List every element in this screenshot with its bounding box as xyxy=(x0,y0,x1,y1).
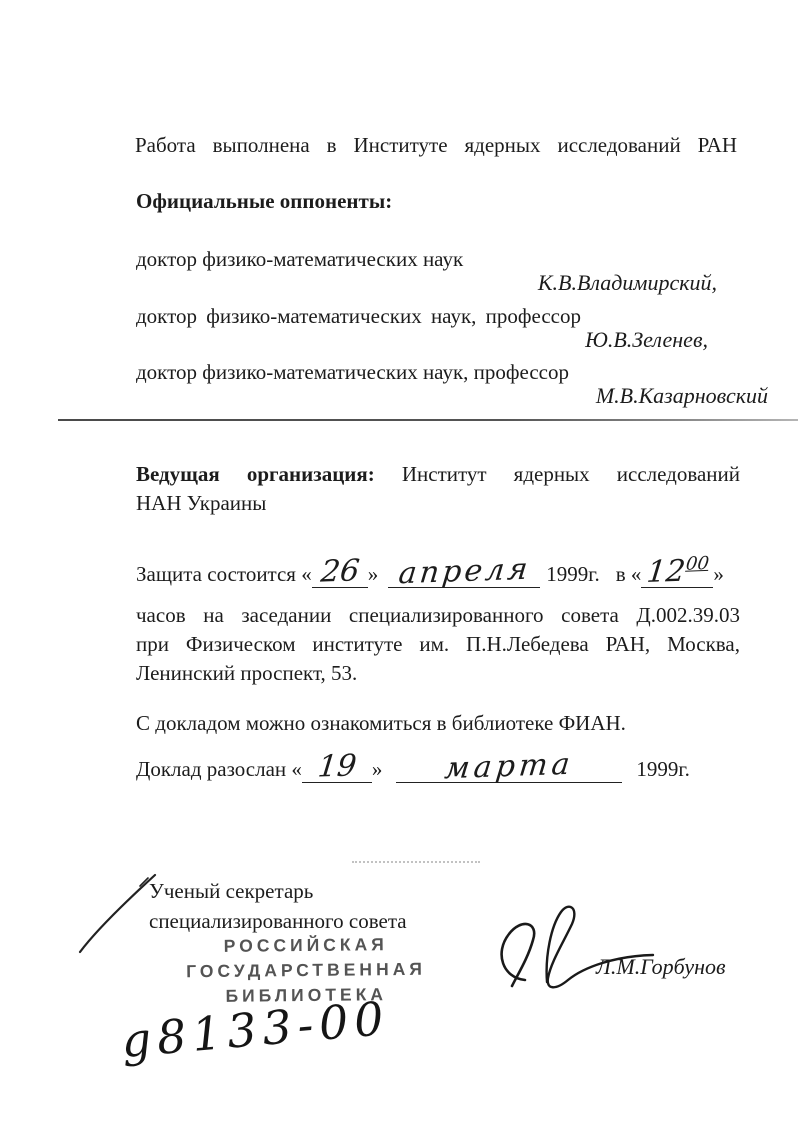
section-divider xyxy=(58,419,798,421)
quote-close: » xyxy=(372,757,383,782)
sent-prefix: Доклад разослан « xyxy=(136,757,302,782)
handwritten-month: апреля xyxy=(397,560,531,585)
handwritten-sent-month: марта xyxy=(444,755,575,779)
quote-close: » xyxy=(368,562,379,587)
defense-prefix: Защита состоится « xyxy=(136,562,312,587)
opponent-degree: доктор физико-математических наук, профе… xyxy=(136,358,569,387)
handwritten-time: 1200 xyxy=(646,559,710,583)
scan-artifact-dots xyxy=(352,861,480,863)
opponent-name: Ю.В.Зеленев, xyxy=(585,327,708,353)
leading-org-text: Институт ядерных исследований xyxy=(402,462,740,486)
stamp-line1: РОССИЙСКАЯ xyxy=(168,932,444,960)
opponent-name: К.В.Владимирский, xyxy=(538,270,717,296)
library-note: С докладом можно ознакомиться в библиоте… xyxy=(136,709,626,738)
handwritten-time-sup: 00 xyxy=(685,553,710,575)
defense-time-blank: 1200 xyxy=(641,560,713,588)
signer-name: Л.М.Горбунов xyxy=(596,954,726,980)
document-page: Работа выполнена в Институте ядерных исс… xyxy=(0,0,798,1132)
opponents-heading: Официальные оппоненты: xyxy=(136,187,392,216)
defense-line2: часов на заседании специализированного с… xyxy=(136,601,740,630)
leading-org-label: Ведущая организация: xyxy=(136,462,375,486)
defense-date-line: Защита состоится «26»апреля1999г.в «1200… xyxy=(136,560,724,588)
opponent-degree: доктор физико-математических наук, профе… xyxy=(136,302,581,331)
sent-year: 1999г. xyxy=(636,757,690,782)
opponent-name: М.В.Казарновский xyxy=(596,383,768,409)
secretary-line1: Ученый секретарь xyxy=(149,876,407,906)
sent-day-blank: 19 xyxy=(302,757,372,783)
defense-month-blank: апреля xyxy=(388,562,540,588)
signature-icon xyxy=(485,898,660,998)
defense-day-blank: 26 xyxy=(312,562,368,588)
leading-org-line2: НАН Украины xyxy=(136,489,266,518)
leading-org-line1: Ведущая организация: Институт ядерных ис… xyxy=(136,460,740,489)
performed-at-line: Работа выполнена в Институте ядерных исс… xyxy=(135,131,737,160)
sent-month-blank: марта xyxy=(396,757,622,783)
report-sent-line: Доклад разослан «19»марта1999г. xyxy=(136,757,690,783)
stamp-line2: ГОСУДАРСТВЕННАЯ xyxy=(168,957,444,985)
defense-at: в « xyxy=(616,562,642,587)
secretary-title: Ученый секретарь специализированного сов… xyxy=(149,876,407,936)
defense-line3: при Физическом институте им. П.Н.Лебедев… xyxy=(136,630,740,659)
shelf-code-handwriting: g8133-00 xyxy=(119,991,391,1068)
pen-stroke-icon xyxy=(78,870,158,955)
quote-close: » xyxy=(713,562,724,587)
defense-year: 1999г. xyxy=(546,562,600,587)
defense-line4: Ленинский проспект, 53. xyxy=(136,659,357,688)
handwritten-day: 26 xyxy=(320,561,360,582)
opponent-degree: доктор физико-математических наук xyxy=(136,245,463,274)
handwritten-sent-day: 19 xyxy=(317,756,357,777)
